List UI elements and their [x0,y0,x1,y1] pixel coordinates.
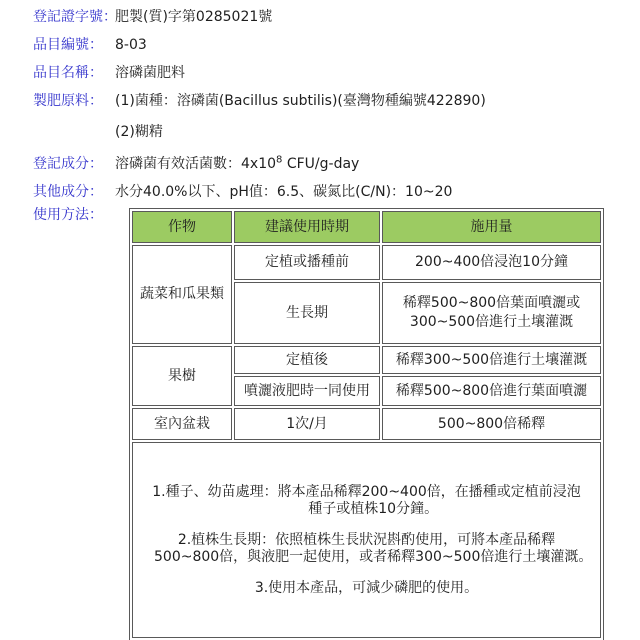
usage-note-2: 2.植株生長期：依照植株生長狀況斟酌使用，可將本產品稀釋 500~800倍，與液… [137,532,596,566]
table-row: 蔬菜和瓜果類 定植或播種前 200~400倍浸泡10分鐘 [132,245,601,280]
amount-cell: 稀釋300~500倍進行土壤灌溉 [382,346,601,374]
period-cell: 1次/月 [234,408,380,440]
amount-cell: 稀釋500~800倍進行葉面噴灑 [382,376,601,406]
fertilizer-registration-document: 登記證字號： 肥製(質)字第0285021號 品目編號： 8-03 品目名稱： … [0,0,640,640]
other-ingredients-label: 其他成分： [33,183,115,202]
raw-materials-label: 製肥原料： [33,92,115,111]
header-cell-period: 建議使用時期 [234,211,380,243]
registration-no-label: 登記證字號： [33,8,115,27]
field-row-item-name: 品目名稱： 溶磷菌肥料 [33,64,630,83]
field-row-registered-ingredients: 登記成分： 溶磷菌有效活菌數：4x108 CFU/g-day [33,155,630,174]
crop-cell-indoor-potted: 室內盆栽 [132,408,232,440]
raw-materials-line2: (2)糊精 [115,123,486,142]
usage-content: 作物 建議使用時期 施用量 蔬菜和瓜果類 定植或播種前 200~400倍浸泡10… [115,206,604,640]
field-row-registration-no: 登記證字號： 肥製(質)字第0285021號 [33,8,630,27]
cfu-value-prefix: 溶磷菌有效活菌數：4x10 [115,156,276,172]
header-cell-amount: 施用量 [382,211,601,243]
registration-no-value: 肥製(質)字第0285021號 [115,8,272,27]
other-ingredients-value: 水分40.0%以下、pH值：6.5、碳氮比(C/N)：10~20 [115,183,452,202]
item-no-label: 品目編號： [33,36,115,55]
amount-cell: 200~400倍浸泡10分鐘 [382,245,601,280]
period-cell: 生長期 [234,282,380,344]
amount-cell: 稀釋500~800倍葉面噴灑或 300~500倍進行土壤灌溉 [382,282,601,344]
usage-note-3: 3.使用本產品，可減少磷肥的使用。 [137,580,596,597]
table-row: 果樹 定植後 稀釋300~500倍進行土壤灌溉 [132,346,601,374]
usage-label: 使用方法： [33,206,115,225]
amount-cell: 500~800倍稀釋 [382,408,601,440]
period-cell: 定植或播種前 [234,245,380,280]
period-cell: 噴灑液肥時一同使用 [234,376,380,406]
cfu-value-suffix: CFU/g-day [282,156,359,172]
field-row-usage: 使用方法： 作物 建議使用時期 施用量 蔬菜和瓜果類 定植或播種前 200~40… [33,206,630,640]
field-row-item-no: 品目編號： 8-03 [33,36,630,55]
crop-cell-vegetables: 蔬菜和瓜果類 [132,245,232,344]
item-no-value: 8-03 [115,36,147,55]
usage-table-header-row: 作物 建議使用時期 施用量 [132,211,601,243]
table-row: 室內盆栽 1次/月 500~800倍稀釋 [132,408,601,440]
header-cell-crop: 作物 [132,211,232,243]
field-row-raw-materials: 製肥原料： (1)菌種：溶磷菌(Bacillus subtilis)(臺灣物種編… [33,92,630,142]
usage-table: 作物 建議使用時期 施用量 蔬菜和瓜果類 定植或播種前 200~400倍浸泡10… [129,208,604,640]
item-name-value: 溶磷菌肥料 [115,64,185,83]
item-name-label: 品目名稱： [33,64,115,83]
field-row-other-ingredients: 其他成分： 水分40.0%以下、pH值：6.5、碳氮比(C/N)：10~20 [33,183,630,202]
registered-ingredients-value: 溶磷菌有效活菌數：4x108 CFU/g-day [115,155,359,174]
registered-ingredients-label: 登記成分： [33,155,115,174]
usage-notes-cell: 1.種子、幼苗處理：將本產品稀釋200~400倍，在播種或定植前浸泡 種子或植株… [132,442,601,638]
period-cell: 定植後 [234,346,380,374]
raw-materials-line1: (1)菌種：溶磷菌(Bacillus subtilis)(臺灣物種編號42289… [115,92,486,111]
usage-notes-row: 1.種子、幼苗處理：將本產品稀釋200~400倍，在播種或定植前浸泡 種子或植株… [132,442,601,638]
usage-note-1: 1.種子、幼苗處理：將本產品稀釋200~400倍，在播種或定植前浸泡 種子或植株… [137,484,596,518]
raw-materials-value: (1)菌種：溶磷菌(Bacillus subtilis)(臺灣物種編號42289… [115,92,486,142]
crop-cell-fruit-trees: 果樹 [132,346,232,406]
